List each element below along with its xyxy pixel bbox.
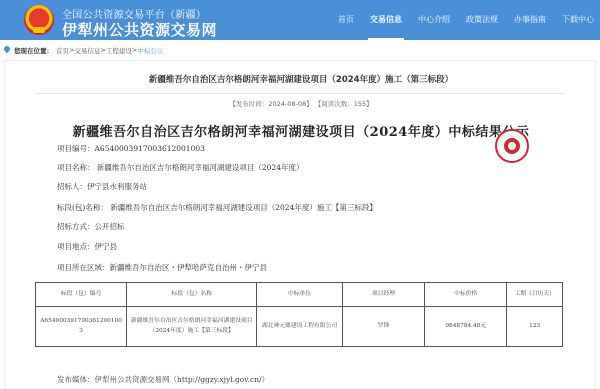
breadcrumb-current[interactable]: 中标公示 [137,46,163,55]
nav-item-downloads[interactable]: 下载中心 [554,0,600,40]
breadcrumb-label: 您现在位置： [14,46,53,55]
site-header: 全国公共资源交易平台（新疆） 伊犁州公共资源交易网 首页 交易信息 中心介绍 政… [0,0,600,40]
title-divider [35,93,565,94]
breadcrumb: 您现在位置： 首页 > 交易信息 > 工程建设 > 中标公示 [4,44,163,56]
breadcrumb-trade-info[interactable]: 交易信息 [74,46,100,55]
article-content: 新疆维吾尔自治区吉尔格朗河幸福河湖建设项目（2024年度）施工（第三标段） 【发… [4,60,596,389]
article-title: 新疆维吾尔自治区吉尔格朗河幸福河湖建设项目（2024年度）施工（第三标段） [5,73,597,85]
publisher-info: 发布媒体：伊犁州公共资源交易网（http://ggzy.xjyl.gov.cn/… [57,374,269,385]
field-project-number: 项目编号：A6540003917003612001003 [57,143,205,154]
nav-item-trade-info[interactable]: 交易信息 [362,0,410,40]
table-row: A6540003917003612001003 新疆维吾尔自治区吉尔格朗河幸福河… [36,307,563,347]
location-pin-icon [4,46,10,54]
field-project-location: 项目地点：伊宁县 [57,241,117,252]
cell-duration: 123 [507,307,563,347]
main-nav: 首页 交易信息 中心介绍 政策法规 办事指南 下载中心 [330,0,600,40]
article-meta: 【发布时间：2024-08-08】 【阅读次数：155】 [5,99,597,108]
read-count: 【阅读次数：155】 [315,100,373,108]
publish-time: 【发布时间：2024-08-08】 [229,100,312,108]
cell-winning-bidder: 湖北神元鼎建设工程有限公司 [257,307,343,347]
cell-section-name: 新疆维吾尔自治区吉尔格朗河幸福河湖建设项目（2024年度）施工【第三标段】 [127,307,257,347]
field-project-name: 项目名称： 新疆维吾尔自治区吉尔格朗河幸福河湖建设项目（2024年度） [57,162,303,173]
col-project-manager: 项目经理 [342,283,424,307]
site-title[interactable]: 伊犁州公共资源交易网 [62,19,217,40]
cell-section-number: A6540003917003612001003 [36,307,127,347]
col-winning-price: 中标价格 [425,283,507,307]
nav-item-center-intro[interactable]: 中心介绍 [410,0,458,40]
nav-item-home[interactable]: 首页 [330,0,362,40]
breadcrumb-home[interactable]: 首页 [56,46,69,55]
nav-item-guide[interactable]: 办事指南 [506,0,554,40]
field-section-name: 标段(包)名称： 新疆维吾尔自治区吉尔格朗河幸福河湖建设项目（2024年度）施工… [57,202,377,213]
col-section-name: 标段（包）名称 [127,283,257,307]
field-tender-method: 招标方式：公开招标 [57,221,125,232]
breadcrumb-engineering[interactable]: 工程建设 [106,46,132,55]
nav-item-policies[interactable]: 政策法规 [458,0,506,40]
cell-winning-price: 9848784.48元 [425,307,507,347]
col-section-number: 标段（包）编号 [36,283,127,307]
official-seal-icon [495,129,529,163]
field-tenderer: 招标人：伊宁县水利服务站 [57,181,147,192]
table-header-row: 标段（包）编号 标段（包）名称 中标单位 项目经理 中标价格 工期（日历天） [36,283,563,307]
field-project-region: 项目所在区域：新疆维吾尔自治区・伊犁哈萨克自治州・伊宁县 [57,262,267,273]
col-winning-bidder: 中标单位 [257,283,343,307]
award-table: 标段（包）编号 标段（包）名称 中标单位 项目经理 中标价格 工期（日历天） A… [35,282,563,347]
col-duration: 工期（日历天） [507,283,563,307]
national-emblem-icon [24,5,54,35]
cell-project-manager: 罗锋 [342,307,424,347]
